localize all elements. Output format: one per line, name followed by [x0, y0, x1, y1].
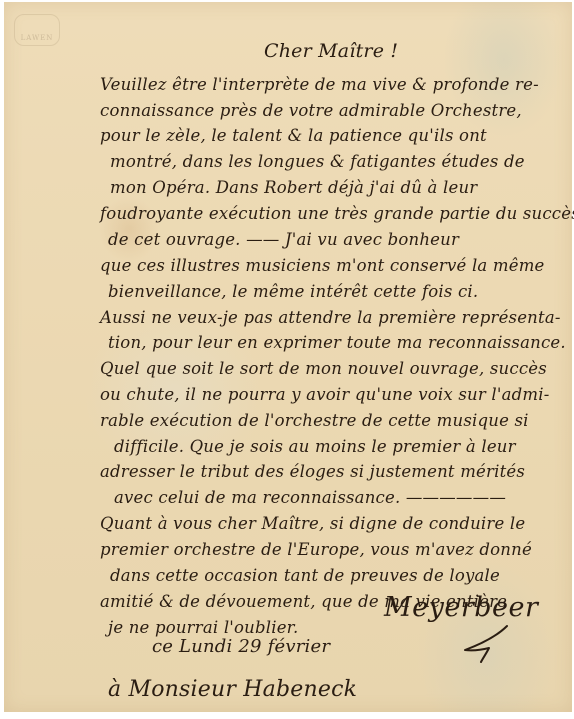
body-line: avec celui de ma reconnaissance. ——————: [114, 488, 506, 507]
body-line: rable exécution de l'orchestre de cette …: [100, 411, 529, 430]
letter-paper: LAWEN Cher Maître ! Veuillez être l'inte…: [4, 2, 572, 712]
body-line: je ne pourrai l'oublier.: [108, 618, 298, 637]
body-line: Quel que soit le sort de mon nouvel ouvr…: [100, 359, 547, 378]
body-line: mon Opéra. Dans Robert déjà j'ai dû à le…: [110, 178, 477, 197]
paper-emboss-stamp: LAWEN: [14, 14, 60, 46]
body-line: pour le zèle, le talent & la patience qu…: [100, 126, 487, 145]
body-line: dans cette occasion tant de preuves de l…: [110, 566, 500, 585]
signature-flourish-icon: [459, 624, 519, 664]
body-line: foudroyante exécution une très grande pa…: [100, 204, 574, 223]
body-line: Quant à vous cher Maître, si digne de co…: [100, 514, 525, 533]
body-line: adresser le tribut des éloges si justeme…: [100, 462, 525, 481]
addressee: à Monsieur Habeneck: [108, 677, 357, 702]
body-line: de cet ouvrage. —— J'ai vu avec bonheur: [108, 230, 459, 249]
body-line: bienveillance, le même intérêt cette foi…: [108, 282, 478, 301]
body-line: montré, dans les longues & fatigantes ét…: [110, 152, 525, 171]
body-line: connaissance près de votre admirable Orc…: [100, 101, 522, 120]
salutation: Cher Maître !: [264, 40, 398, 62]
body-line: ou chute, il ne pourra y avoir qu'une vo…: [100, 385, 549, 404]
body-line: tion, pour leur en exprimer toute ma rec…: [108, 333, 566, 352]
body-line: que ces illustres musiciens m'ont conser…: [100, 256, 545, 275]
signature: Meyerbeer: [384, 592, 538, 623]
body-line: Aussi ne veux-je pas attendre la premièr…: [100, 308, 561, 327]
body-line: Veuillez être l'interprète de ma vive & …: [100, 75, 539, 94]
dateline: ce Lundi 29 février: [152, 636, 330, 657]
body-line: premier orchestre de l'Europe, vous m'av…: [100, 540, 532, 559]
body-line: difficile. Que je sois au moins le premi…: [114, 437, 516, 456]
